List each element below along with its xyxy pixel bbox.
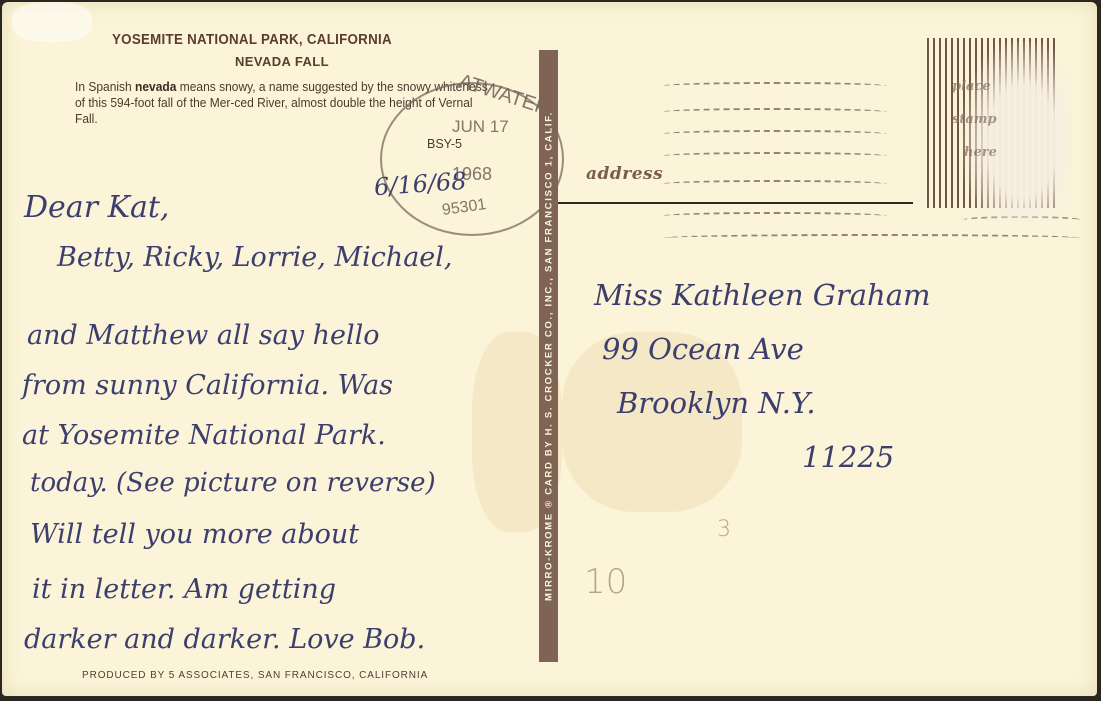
card-title: YOSEMITE NATIONAL PARK, CALIFORNIA [112, 32, 392, 48]
message-line: today. (See picture on reverse) [30, 468, 436, 498]
cancellation-line [662, 234, 1082, 242]
pencil-number: 10 [584, 562, 627, 602]
recipient-zip: 11225 [802, 440, 894, 474]
cancellation-line [662, 108, 887, 116]
producer-footer: PRODUCED BY 5 ASSOCIATES, SAN FRANCISCO,… [82, 670, 428, 681]
message-line: Will tell you more about [30, 519, 359, 550]
recipient-city: Brooklyn N.Y. [617, 386, 816, 420]
cancellation-line [662, 130, 887, 138]
caption-text: In Spanish [75, 80, 135, 94]
stamp-label-line: here [952, 136, 1022, 169]
stamp-box-label: place stamp here [952, 70, 1022, 169]
card-subtitle: NEVADA FALL [2, 54, 532, 69]
cancellation-line [662, 212, 887, 220]
address-divider [558, 202, 913, 204]
recipient-street: 99 Ocean Ave [602, 332, 804, 366]
postmark-date: JUN 17 [452, 117, 509, 137]
publisher-strip-text: MIRRO-KROME ® CARD BY H. S. CROCKER CO.,… [543, 111, 554, 601]
message-line: Betty, Ricky, Lorrie, Michael, [57, 242, 453, 273]
stamp-label-line: stamp [952, 103, 1022, 136]
address-label: address [586, 164, 663, 184]
cancellation-line [662, 82, 887, 90]
cancellation-line [662, 180, 887, 188]
message-line: darker and darker. Love Bob. [24, 624, 425, 655]
stamp-label-line: place [952, 70, 1022, 103]
cancellation-line [662, 152, 887, 160]
worn-corner [12, 2, 92, 42]
message-line: at Yosemite National Park. [22, 420, 386, 451]
message-line: from sunny California. Was [22, 370, 393, 401]
pencil-mark: 3 [717, 517, 731, 542]
postcard-back: YOSEMITE NATIONAL PARK, CALIFORNIA NEVAD… [2, 2, 1097, 696]
message-line: Dear Kat, [24, 190, 169, 225]
message-line: and Matthew all say hello [27, 320, 380, 351]
publisher-strip: MIRRO-KROME ® CARD BY H. S. CROCKER CO.,… [539, 50, 558, 662]
recipient-name: Miss Kathleen Graham [594, 278, 931, 312]
message-line: it in letter. Am getting [32, 574, 336, 605]
caption-bold-word: nevada [135, 80, 176, 94]
